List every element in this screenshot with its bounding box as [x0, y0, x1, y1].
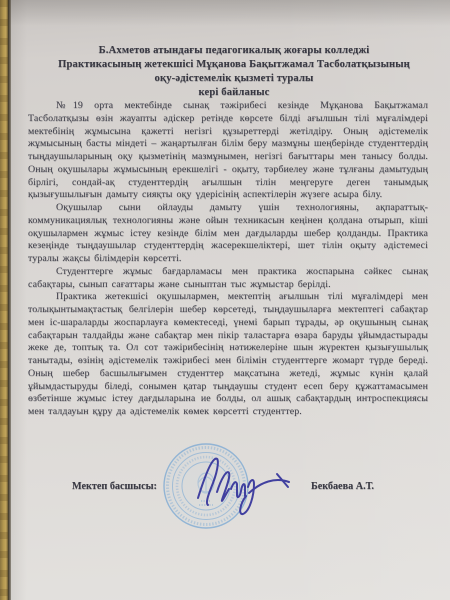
- paragraph-1: №19 орта мектебінде сынақ тәжірибесі кез…: [28, 100, 428, 202]
- handwritten-signature: [191, 446, 295, 520]
- paragraph-3: Студенттерге жұмыс бағдарламасы мен прак…: [28, 266, 428, 292]
- paper-document: Б.Ахметов атындағы педагогикалық жоғары …: [8, 0, 450, 600]
- scanned-document-photo: Б.Ахметов атындағы педагогикалық жоғары …: [0, 0, 450, 600]
- title-line-feedback: кері байланыс: [48, 86, 420, 100]
- document-body: №19 орта мектебінде сынақ тәжірибесі кез…: [28, 100, 428, 419]
- school-head-name: Бекбаева А.Т.: [311, 481, 374, 492]
- title-line-college: Б.Ахметов атындағы педагогикалық жоғары …: [48, 44, 420, 58]
- table-edge: [0, 0, 8, 600]
- paragraph-2: Оқушылар сыни ойлауды дамыту үшін технол…: [28, 202, 428, 266]
- title-line-supervisor: Практикасының жетекшісі Мұқанова Бақытжа…: [48, 58, 420, 72]
- document-title: Б.Ахметов атындағы педагогикалық жоғары …: [48, 44, 420, 100]
- paragraph-4: Практика жетекшісі оқушылармен, мектепті…: [28, 291, 428, 419]
- title-line-subject: оқу-әдістемелік қызметі туралы: [48, 72, 420, 86]
- school-head-label: Мектеп басшысы:: [72, 481, 157, 492]
